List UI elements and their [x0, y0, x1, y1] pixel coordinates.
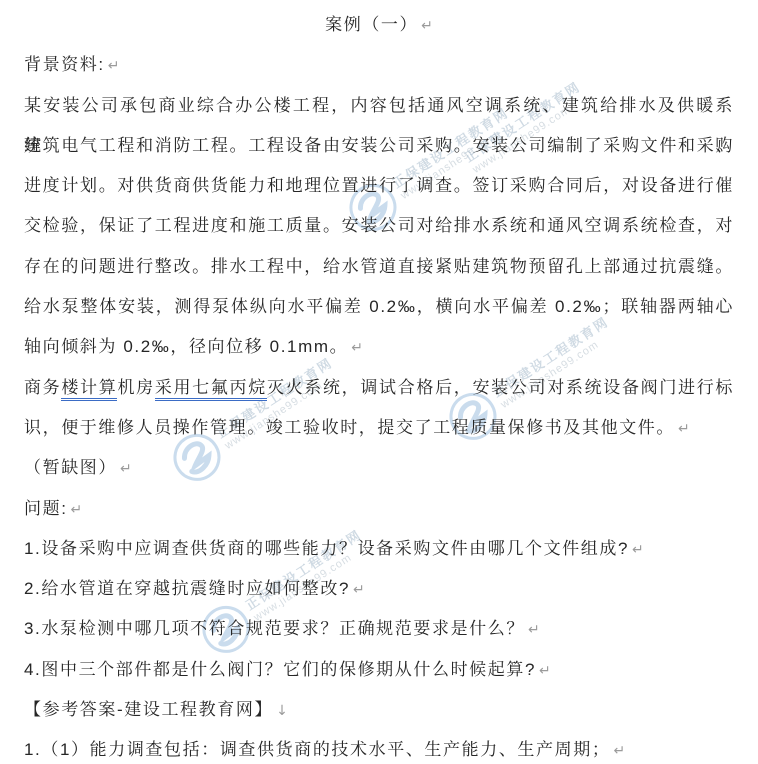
text-run: 进度计划。对供货商供货能力和地理位置进行了调查。签订采购合同后，对设备进行催 — [24, 176, 734, 195]
paragraph-mark: ↵ — [120, 461, 132, 477]
grammar-underlined-text: 楼计算 — [61, 378, 117, 401]
text-run: 3.水泵检测中哪几项不符合规范要求？正确规范要求是什么？ — [24, 619, 525, 638]
text-run: 【参考答案-建设工程教育网】 — [24, 700, 273, 719]
text-line: 轴向倾斜为 0.2‰，径向位移 0.1mm。↵ — [24, 327, 734, 367]
text-run: 交检验，保证了工程进度和施工质量。安装公司对给排水系统和通风空调系统检查，对 — [24, 216, 734, 235]
text-run: （暂缺图） — [24, 458, 117, 477]
text-run: 建筑电气工程和消防工程。工程设备由安装公司采购。安装公司编制了采购文件和采购 — [24, 136, 734, 155]
text-line: 1.（1）能力调查包括：调查供货商的技术水平、生产能力、生产周期；↵ — [24, 730, 734, 764]
paragraph-mark: ↵ — [678, 421, 690, 437]
line-break-mark: ↓ — [276, 703, 288, 719]
grammar-underlined-text: 采用七氟丙烷 — [155, 378, 267, 401]
text-run: 机房 — [117, 378, 154, 397]
text-line: 建筑电气工程和消防工程。工程设备由安装公司采购。安装公司编制了采购文件和采购 — [24, 126, 734, 166]
text-run: 背景资料: — [24, 55, 105, 74]
text-line: 【参考答案-建设工程教育网】↓ — [24, 690, 734, 730]
text-run: 识，便于维修人员操作管理。竣工验收时，提交了工程质量保修书及其他文件。 — [24, 418, 675, 437]
text-run: 1.设备采购中应调查供货商的哪些能力？设备采购文件由哪几个文件组成? — [24, 539, 629, 558]
paragraph-mark: ↵ — [539, 663, 551, 679]
text-run: 商务 — [24, 378, 61, 397]
text-line: 识，便于维修人员操作管理。竣工验收时，提交了工程质量保修书及其他文件。↵ — [24, 408, 734, 448]
document-page: 案例（一）↵背景资料:↵某安装公司承包商业综合办公楼工程，内容包括通风空调系统、… — [0, 0, 758, 764]
paragraph-mark: ↵ — [613, 743, 625, 759]
text-line: （暂缺图）↵ — [24, 448, 734, 488]
text-line: 存在的问题进行整改。排水工程中，给水管道直接紧贴建筑物预留孔上部通过抗震缝。 — [24, 247, 734, 287]
text-line: 某安装公司承包商业综合办公楼工程，内容包括通风空调系统、建筑给排水及供暖系统、 — [24, 86, 734, 126]
paragraph-mark: ↵ — [351, 340, 363, 356]
text-line: 交检验，保证了工程进度和施工质量。安装公司对给排水系统和通风空调系统检查，对 — [24, 206, 734, 246]
paragraph-mark: ↵ — [528, 622, 540, 638]
text-run: 存在的问题进行整改。排水工程中，给水管道直接紧贴建筑物预留孔上部通过抗震缝。 — [24, 257, 734, 276]
paragraph-mark: ↵ — [353, 582, 365, 598]
text-line: 给水泵整体安装，测得泵体纵向水平偏差 0.2‰，横向水平偏差 0.2‰；联轴器两… — [24, 287, 734, 327]
text-run: 轴向倾斜为 0.2‰，径向位移 0.1mm。 — [24, 337, 348, 356]
text-line: 2.给水管道在穿越抗震缝时应如何整改?↵ — [24, 569, 734, 609]
text-run: 4.图中三个部件都是什么阀门？它们的保修期从什么时候起算? — [24, 660, 536, 679]
text-run: 1.（1）能力调查包括：调查供货商的技术水平、生产能力、生产周期； — [24, 740, 610, 759]
text-line: 4.图中三个部件都是什么阀门？它们的保修期从什么时候起算?↵ — [24, 650, 734, 690]
paragraph-mark: ↵ — [108, 58, 120, 74]
title-line: 案例（一）↵ — [24, 5, 734, 45]
paragraph-mark: ↵ — [421, 18, 433, 34]
text-run: 给水泵整体安装，测得泵体纵向水平偏差 0.2‰，横向水平偏差 0.2‰；联轴器两… — [24, 297, 734, 316]
text-line: 3.水泵检测中哪几项不符合规范要求？正确规范要求是什么？↵ — [24, 609, 734, 649]
text-run: 案例（一） — [325, 15, 418, 34]
text-run: 2.给水管道在穿越抗震缝时应如何整改? — [24, 579, 350, 598]
text-run: 灭火系统，调试合格后，安装公司对系统设备阀门进行标 — [267, 378, 734, 397]
paragraph-mark: ↵ — [71, 502, 83, 518]
document-body: 案例（一）↵背景资料:↵某安装公司承包商业综合办公楼工程，内容包括通风空调系统、… — [24, 5, 734, 764]
text-line: 进度计划。对供货商供货能力和地理位置进行了调查。签订采购合同后，对设备进行催 — [24, 166, 734, 206]
paragraph-mark: ↵ — [632, 542, 644, 558]
text-line: 背景资料:↵ — [24, 45, 734, 85]
text-line: 问题:↵ — [24, 489, 734, 529]
text-run: 问题: — [24, 499, 68, 518]
text-line: 商务楼计算机房采用七氟丙烷灭火系统，调试合格后，安装公司对系统设备阀门进行标 — [24, 368, 734, 408]
text-line: 1.设备采购中应调查供货商的哪些能力？设备采购文件由哪几个文件组成?↵ — [24, 529, 734, 569]
